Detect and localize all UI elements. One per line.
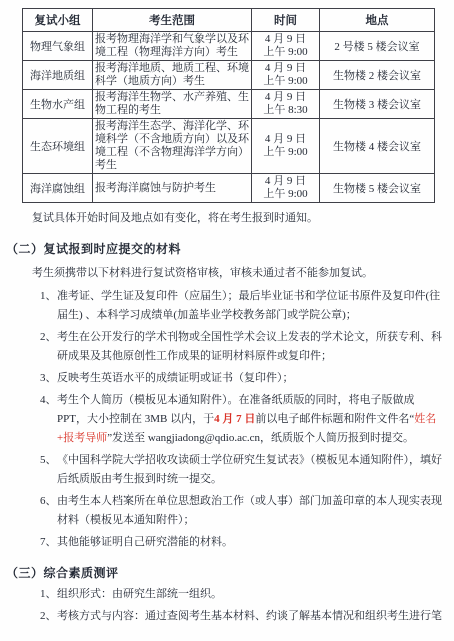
materials-item-list: 1、准考证、学生证及复印件（应届生）；最后毕业证书和学位证书原件及复印件(往届生… (40, 287, 454, 552)
item-text: 考生个人简历（模板见本通知附件）。在准备纸质版的同时，将电子版做成 PPT，大小… (57, 391, 444, 448)
table-row: 海洋地质组报考海洋地质、地质工程、环境科学（地质方向）考生4 月 9 日上午 9… (23, 61, 435, 90)
list-item: 6、由考生本人档案所在单位思想政治工作（或人事）部门加盖印章的本人现实表现材料（… (40, 492, 444, 530)
time-cell: 4 月 9 日上午 9:00 (252, 119, 320, 174)
plain-text: 反映考生英语水平的成绩证明或证书（复印件）； (57, 372, 294, 384)
list-item: 3、反映考生英语水平的成绩证明或证书（复印件）； (40, 369, 444, 388)
section-materials-intro: 考生须携带以下材料进行复试资格审核，审核未通过者不能参加复试。 (32, 263, 428, 283)
list-item: 2、考核方式与内容：通过查阅考生基本材料、约谈了解基本情况和组织考生进行笔 (40, 607, 444, 626)
location-cell: 2 号楼 5 楼会议室 (320, 32, 435, 61)
table-note: 复试具体开始时间及地点如有变化，将在考生报到时通知。 (32, 208, 424, 228)
plain-text: 准考证、学生证及复印件（应届生）；最后毕业证书和学位证书原件及复印件(往届生) … (57, 290, 440, 321)
plain-text: 考生在公开发行的学术刊物或全国性学术会议上发表的学术论文，所获专利、科研成果及其… (57, 331, 442, 362)
section-assessment-heading: （三）综合素质测评 (6, 565, 454, 581)
table-header-cell: 地点 (320, 9, 435, 32)
location-cell: 生物楼 4 楼会议室 (320, 119, 435, 174)
document-page: 复试小组考生范围时间地点 物理气象组报考物理海洋学和气象学以及环境工程（物理海洋… (0, 8, 454, 641)
item-number: 4、 (40, 391, 57, 448)
group-name-cell: 物理气象组 (23, 32, 93, 61)
list-item: 7、其他能够证明自己研究潜能的材料。 (40, 533, 444, 552)
time-cell: 4 月 9 日上午 9:00 (252, 174, 320, 203)
table-header-cell: 时间 (252, 9, 320, 32)
date-text: 4 月 9 日 (265, 91, 306, 103)
group-name-cell: 生物水产组 (23, 90, 93, 119)
list-item: 2、考生在公开发行的学术刊物或全国性学术会议上发表的学术论文，所获专利、科研成果… (40, 328, 444, 366)
time-text: 上午 9:00 (263, 188, 307, 200)
list-item: 5、《中国科学院大学招收攻读硕士学位研究生复试表》（模板见本通知附件），填好后纸… (40, 451, 444, 489)
list-item: 1、准考证、学生证及复印件（应届生）；最后毕业证书和学位证书原件及复印件(往届生… (40, 287, 444, 325)
item-number: 1、 (40, 585, 57, 604)
group-name-cell: 海洋腐蚀组 (23, 174, 93, 203)
item-text: 考核方式与内容：通过查阅考生基本材料、约谈了解基本情况和组织考生进行笔 (57, 607, 444, 626)
item-number: 2、 (40, 328, 57, 366)
table-header-row: 复试小组考生范围时间地点 (23, 9, 435, 32)
candidate-scope-cell: 报考海洋腐蚀与防护考生 (93, 174, 252, 203)
time-cell: 4 月 9 日上午 9:00 (252, 32, 320, 61)
time-text: 上午 8:30 (263, 104, 307, 116)
group-name-cell: 海洋地质组 (23, 61, 93, 90)
table-header-cell: 考生范围 (93, 9, 252, 32)
candidate-scope-cell: 报考海洋地质、地质工程、环境科学（地质方向）考生 (93, 61, 252, 90)
item-number: 5、 (40, 451, 57, 489)
item-text: 准考证、学生证及复印件（应届生）；最后毕业证书和学位证书原件及复印件(往届生) … (57, 287, 444, 325)
candidate-scope-cell: 报考海洋生态学、海洋化学、环境科学（不含地质方向）以及环境工程（不含物理海洋学方… (93, 119, 252, 174)
location-cell: 生物楼 5 楼会议室 (320, 174, 435, 203)
plain-text: 《中国科学院大学招收攻读硕士学位研究生复试表》（模板见本通知附件），填好后纸质版… (57, 454, 442, 485)
item-text: 考生在公开发行的学术刊物或全国性学术会议上发表的学术论文，所获专利、科研成果及其… (57, 328, 444, 366)
interview-groups-table: 复试小组考生范围时间地点 物理气象组报考物理海洋学和气象学以及环境工程（物理海洋… (22, 8, 435, 203)
assessment-item-list: 1、组织形式：由研究生部统一组织。2、考核方式与内容：通过查阅考生基本材料、约谈… (40, 585, 454, 626)
item-number: 1、 (40, 287, 57, 325)
section-materials-heading: （二）复试报到时应提交的材料 (6, 241, 454, 257)
highlighted-text: 4 月 7 日 (214, 413, 255, 425)
candidate-scope-cell: 报考物理海洋学和气象学以及环境工程（物理海洋方向）考生 (93, 32, 252, 61)
item-text: 其他能够证明自己研究潜能的材料。 (57, 533, 444, 552)
date-text: 4 月 9 日 (265, 62, 306, 74)
plain-text: 考核方式与内容：通过查阅考生基本材料、约谈了解基本情况和组织考生进行笔 (57, 610, 442, 622)
time-text: 上午 9:00 (263, 75, 307, 87)
location-cell: 生物楼 2 楼会议室 (320, 61, 435, 90)
plain-text: ”发送至 wangjiadong@qdio.ac.cn，纸质版个人简历报到时提交… (107, 432, 414, 444)
list-item: 4、考生个人简历（模板见本通知附件）。在准备纸质版的同时，将电子版做成 PPT，… (40, 391, 444, 448)
list-item: 1、组织形式：由研究生部统一组织。 (40, 585, 444, 604)
date-text: 4 月 9 日 (265, 175, 306, 187)
item-number: 7、 (40, 533, 57, 552)
plain-text: 由考生本人档案所在单位思想政治工作（或人事）部门加盖印章的本人现实表现材料（模板… (57, 495, 442, 526)
table-row: 生态环境组报考海洋生态学、海洋化学、环境科学（不含地质方向）以及环境工程（不含物… (23, 119, 435, 174)
date-text: 4 月 9 日 (265, 133, 306, 145)
plain-text: 组织形式：由研究生部统一组织。 (57, 588, 222, 600)
group-name-cell: 生态环境组 (23, 119, 93, 174)
table-body: 物理气象组报考物理海洋学和气象学以及环境工程（物理海洋方向）考生4 月 9 日上… (23, 32, 435, 203)
plain-text: 其他能够证明自己研究潜能的材料。 (57, 536, 233, 548)
item-text: 反映考生英语水平的成绩证明或证书（复印件）； (57, 369, 444, 388)
item-text: 组织形式：由研究生部统一组织。 (57, 585, 444, 604)
time-text: 上午 9:00 (263, 146, 307, 158)
location-cell: 生物楼 3 楼会议室 (320, 90, 435, 119)
item-number: 6、 (40, 492, 57, 530)
candidate-scope-cell: 报考海洋生物学、水产养殖、生物工程的考生 (93, 90, 252, 119)
time-text: 上午 9:00 (263, 46, 307, 58)
table-row: 生物水产组报考海洋生物学、水产养殖、生物工程的考生4 月 9 日上午 8:30生… (23, 90, 435, 119)
date-text: 4 月 9 日 (265, 33, 306, 45)
item-text: 《中国科学院大学招收攻读硕士学位研究生复试表》（模板见本通知附件），填好后纸质版… (57, 451, 444, 489)
table-row: 海洋腐蚀组报考海洋腐蚀与防护考生4 月 9 日上午 9:00生物楼 5 楼会议室 (23, 174, 435, 203)
table-header-cell: 复试小组 (23, 9, 93, 32)
plain-text: 前以电子邮件标题和附件文件名“ (255, 413, 414, 425)
time-cell: 4 月 9 日上午 9:00 (252, 61, 320, 90)
time-cell: 4 月 9 日上午 8:30 (252, 90, 320, 119)
item-number: 2、 (40, 607, 57, 626)
item-text: 由考生本人档案所在单位思想政治工作（或人事）部门加盖印章的本人现实表现材料（模板… (57, 492, 444, 530)
item-number: 3、 (40, 369, 57, 388)
table-row: 物理气象组报考物理海洋学和气象学以及环境工程（物理海洋方向）考生4 月 9 日上… (23, 32, 435, 61)
